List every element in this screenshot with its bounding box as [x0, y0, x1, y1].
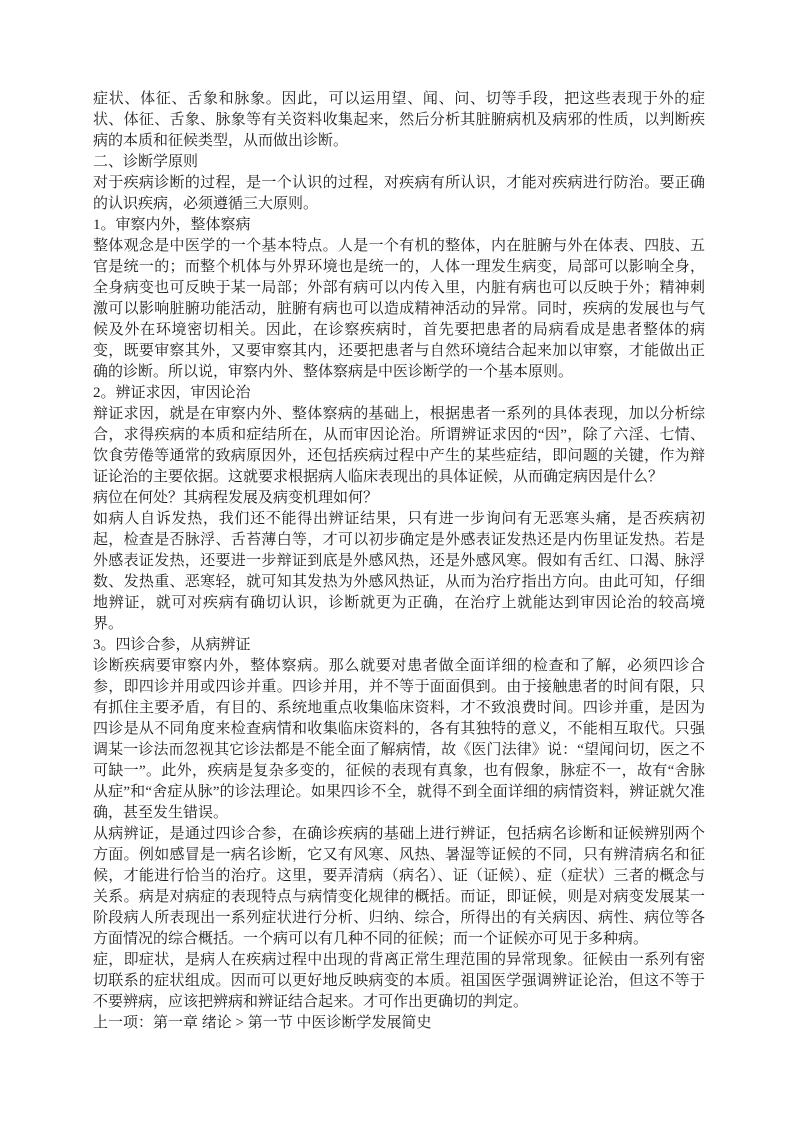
prev-item-nav: 上一项：第一章 绪论 > 第一节 中医诊断学发展简史	[93, 1013, 705, 1034]
body-paragraph: 症，即症状，是病人在疾病过程中出现的背离正常生理范围的异常现象。征候由一系列有密…	[93, 950, 705, 1013]
body-paragraph: 如病人自诉发热，我们还不能得出辨证结果，只有进一步询问有无恶寒头痛，是否疾病初起…	[93, 509, 705, 635]
body-paragraph: 症状、体征、舌象和脉象。因此，可以运用望、闻、问、切等手段，把这些表现于外的症状…	[93, 89, 705, 152]
subsection-heading-3: 3。四诊合参，从病辨证	[93, 635, 705, 656]
body-paragraph: 辩证求因，就是在审察内外、整体察病的基础上，根据患者一系列的具体表现，加以分析综…	[93, 404, 705, 488]
document-page: 症状、体征、舌象和脉象。因此，可以运用望、闻、问、切等手段，把这些表现于外的症状…	[0, 0, 793, 1122]
body-paragraph: 对于疾病诊断的过程，是一个认识的过程，对疾病有所认识，才能对疾病进行防治。要正确…	[93, 173, 705, 215]
body-paragraph: 整体观念是中医学的一个基本特点。人是一个有机的整体，内在脏腑与外在体表、四肢、五…	[93, 236, 705, 383]
body-paragraph: 从病辨证，是通过四诊合参，在确诊疾病的基础上进行辨证，包括病名诊断和证候辨别两个…	[93, 824, 705, 950]
subsection-heading-1: 1。审察内外，整体察病	[93, 215, 705, 236]
document-body: 症状、体征、舌象和脉象。因此，可以运用望、闻、问、切等手段，把这些表现于外的症状…	[93, 89, 705, 1034]
body-paragraph: 诊断疾病要审察内外，整体察病。那么就要对患者做全面详细的检查和了解，必须四诊合参…	[93, 656, 705, 824]
body-paragraph: 病位在何处？其病程发展及病变机理如何？	[93, 488, 705, 509]
section-heading: 二、诊断学原则	[93, 152, 705, 173]
prev-item-label: 上一项：	[93, 1015, 153, 1031]
subsection-heading-2: 2。辨证求因，审因论治	[93, 383, 705, 404]
prev-item-link[interactable]: 第一章 绪论 > 第一节 中医诊断学发展简史	[153, 1015, 431, 1031]
